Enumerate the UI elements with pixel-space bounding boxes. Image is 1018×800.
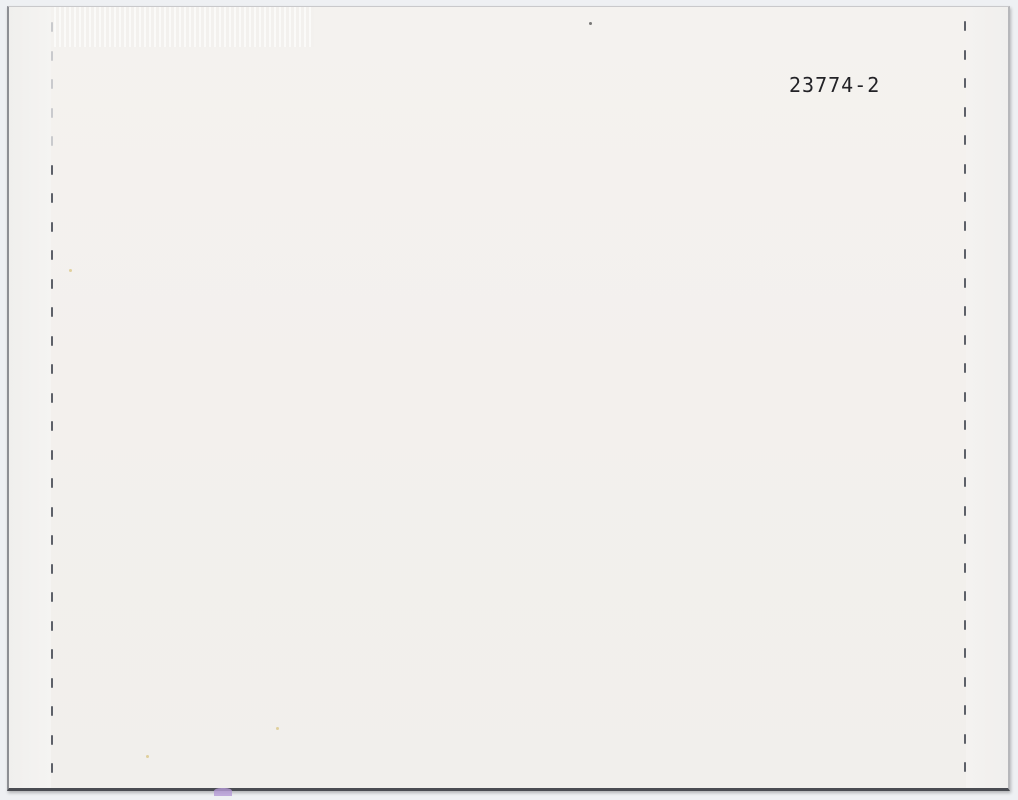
left-spine bbox=[9, 7, 51, 788]
perforation-dash bbox=[51, 51, 53, 61]
perforation-dash bbox=[51, 649, 53, 659]
perforation-dash bbox=[964, 278, 966, 288]
perforation-dash bbox=[51, 222, 53, 232]
perforation-dash bbox=[964, 762, 966, 772]
perforation-dash bbox=[964, 50, 966, 60]
perforation-dash bbox=[964, 135, 966, 145]
perforation-dash bbox=[964, 192, 966, 202]
perforation-dash bbox=[51, 450, 53, 460]
perforation-dash bbox=[964, 335, 966, 345]
perforation-dash bbox=[51, 79, 53, 89]
perforation-dash bbox=[964, 21, 966, 31]
perforation-dash bbox=[964, 107, 966, 117]
perforation-dash bbox=[51, 193, 53, 203]
perforation-dash bbox=[964, 306, 966, 316]
perforation-dash bbox=[51, 364, 53, 374]
perforation-dash bbox=[51, 478, 53, 488]
perforation-dash bbox=[964, 677, 966, 687]
perforation-dash bbox=[51, 22, 53, 32]
scan-artifact-strip bbox=[54, 7, 314, 47]
perforation-dash bbox=[964, 534, 966, 544]
paper-speck bbox=[69, 269, 72, 272]
paper-speck bbox=[589, 22, 592, 25]
perforation-dash bbox=[964, 563, 966, 573]
perforation-dash bbox=[964, 734, 966, 744]
perforation-dash bbox=[964, 164, 966, 174]
perforation-dash bbox=[51, 621, 53, 631]
perforation-dash bbox=[964, 705, 966, 715]
perforation-dash bbox=[964, 392, 966, 402]
scuff-mark bbox=[214, 788, 232, 796]
perforation-dash bbox=[51, 678, 53, 688]
perforation-dash bbox=[51, 735, 53, 745]
perforation-dash bbox=[964, 449, 966, 459]
right-spine bbox=[966, 7, 1008, 788]
perforation-dash bbox=[51, 165, 53, 175]
perforation-dash bbox=[51, 108, 53, 118]
perforation-dash bbox=[51, 763, 53, 773]
paper-speck bbox=[146, 755, 149, 758]
perforation-dash bbox=[51, 279, 53, 289]
perforation-dash bbox=[964, 506, 966, 516]
perforation-dash bbox=[964, 648, 966, 658]
right-perforation-line bbox=[964, 7, 967, 788]
perforation-dash bbox=[964, 477, 966, 487]
perforation-dash bbox=[51, 706, 53, 716]
perforation-dash bbox=[51, 421, 53, 431]
left-perforation-line bbox=[51, 7, 54, 788]
perforation-dash bbox=[964, 420, 966, 430]
perforation-dash bbox=[964, 78, 966, 88]
perforation-dash bbox=[964, 221, 966, 231]
tray-card: 23774-2 bbox=[7, 6, 1010, 791]
perforation-dash bbox=[51, 535, 53, 545]
perforation-dash bbox=[51, 136, 53, 146]
paper-speck bbox=[276, 727, 279, 730]
perforation-dash bbox=[964, 249, 966, 259]
perforation-dash bbox=[51, 307, 53, 317]
perforation-dash bbox=[51, 336, 53, 346]
perforation-dash bbox=[51, 507, 53, 517]
perforation-dash bbox=[51, 393, 53, 403]
perforation-dash bbox=[964, 363, 966, 373]
perforation-dash bbox=[51, 250, 53, 260]
perforation-dash bbox=[964, 591, 966, 601]
perforation-dash bbox=[964, 620, 966, 630]
perforation-dash bbox=[51, 592, 53, 602]
catalog-number: 23774-2 bbox=[789, 73, 880, 97]
perforation-dash bbox=[51, 564, 53, 574]
